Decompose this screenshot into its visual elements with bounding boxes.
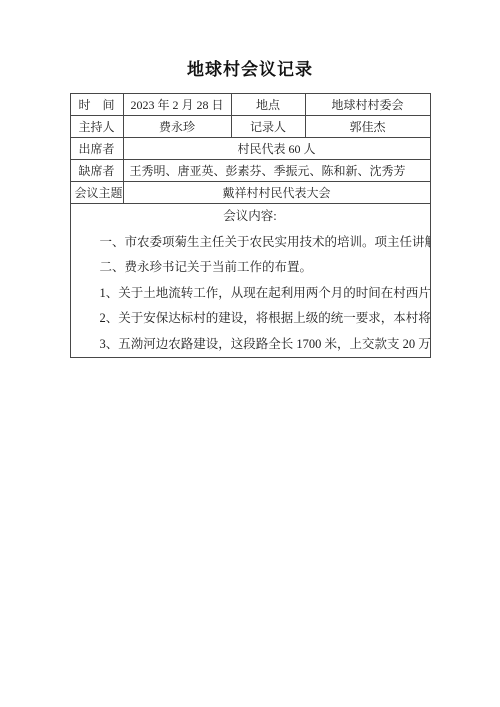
host-label: 主持人: [70, 116, 123, 138]
content-section-label: 会议内容:: [75, 204, 426, 230]
table-row-topic: 会议主题 戴祥村村民代表大会: [70, 182, 430, 204]
meeting-info-table: 时 间 2023 年 2 月 28 日 地点 地球村村委会 主持人 费永珍 记录…: [70, 93, 431, 358]
location-label: 地点: [231, 94, 305, 116]
host-value: 费永珍: [123, 116, 231, 138]
table-row-content: 会议内容: 一、市农委项菊生主任关于农民实用技术的培训。项主任讲解了棉花栽培技术…: [70, 204, 430, 358]
location-value: 地球村村委会: [305, 94, 430, 116]
topic-label: 会议主题: [70, 182, 123, 204]
absentees-value: 王秀明、唐亚英、彭素芬、季振元、陈和新、沈秀芳: [123, 160, 430, 182]
paragraph-land-transfer: 1、关于土地流转工作，从现在起利用两个月的时间在村西片集中流转连片土地 500-…: [75, 281, 426, 307]
time-label: 时 间: [70, 94, 123, 116]
paragraph-security-village: 2、关于安保达标村的建设，将根据上级的统一要求，本村将于八月下旬，全面开展安保达…: [75, 306, 426, 332]
table-row-host-recorder: 主持人 费永珍 记录人 郭佳杰: [70, 116, 430, 138]
topic-value: 戴祥村村民代表大会: [123, 182, 430, 204]
table-row-time-location: 时 间 2023 年 2 月 28 日 地点 地球村村委会: [70, 94, 430, 116]
recorder-value: 郭佳杰: [305, 116, 430, 138]
recorder-label: 记录人: [231, 116, 305, 138]
document-page: 地球村会议记录 时 间 2023 年 2 月 28 日 地点 地球村村委会 主持…: [0, 0, 500, 707]
table-row-absentees: 缺席者 王秀明、唐亚英、彭素芬、季振元、陈和新、沈秀芳: [70, 160, 430, 182]
paragraph-road-construction: 3、五泑河边农路建设，这段路全长 1700 米，上交款支 20 万，: [75, 332, 426, 358]
attendees-label: 出席者: [70, 138, 123, 160]
paragraph-training: 一、市农委项菊生主任关于农民实用技术的培训。项主任讲解了棉花栽培技术的要点，重点…: [75, 230, 426, 256]
absentees-label: 缺席者: [70, 160, 123, 182]
table-row-attendees: 出席者 村民代表 60 人: [70, 138, 430, 160]
doc-title: 地球村会议记录: [0, 55, 500, 80]
attendees-value: 村民代表 60 人: [123, 138, 430, 160]
time-value: 2023 年 2 月 28 日: [123, 94, 231, 116]
paragraph-work-arrangement: 二、费永珍书记关于当前工作的布置。: [75, 255, 426, 281]
content-cell: 会议内容: 一、市农委项菊生主任关于农民实用技术的培训。项主任讲解了棉花栽培技术…: [70, 204, 430, 358]
